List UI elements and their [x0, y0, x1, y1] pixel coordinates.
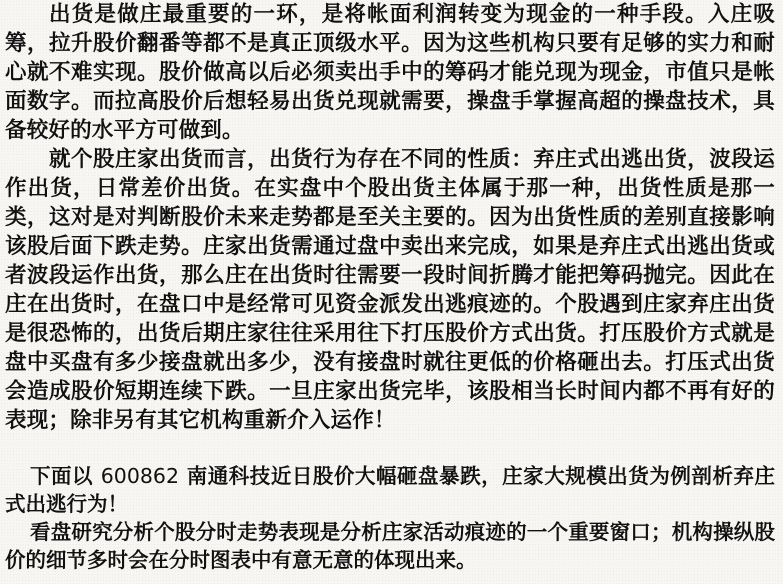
stock-code: 600862 [101, 464, 179, 488]
paragraph-distribution-importance: 出货是做庄最重要的一环，是将帐面利润转变为现金的一种手段。入庄吸筹，拉升股价翻番… [5, 0, 775, 145]
case-intro-prefix: 下面以 [30, 464, 101, 488]
paragraph-case-study-intro: 下面以 600862 南通科技近日股价大幅砸盘暴跌，庄家大规模出货为例剖析弃庄式… [5, 462, 775, 518]
paragraph-intraday-analysis: 看盘研究分析个股分时走势表现是分析庄家活动痕迹的一个重要窗口；机构操纵股价的细节… [5, 518, 775, 574]
paragraph-distribution-types: 就个股庄家出货而言，出货行为存在不同的性质：弃庄式出逃出货，波段运作出货，日常差… [5, 145, 775, 435]
